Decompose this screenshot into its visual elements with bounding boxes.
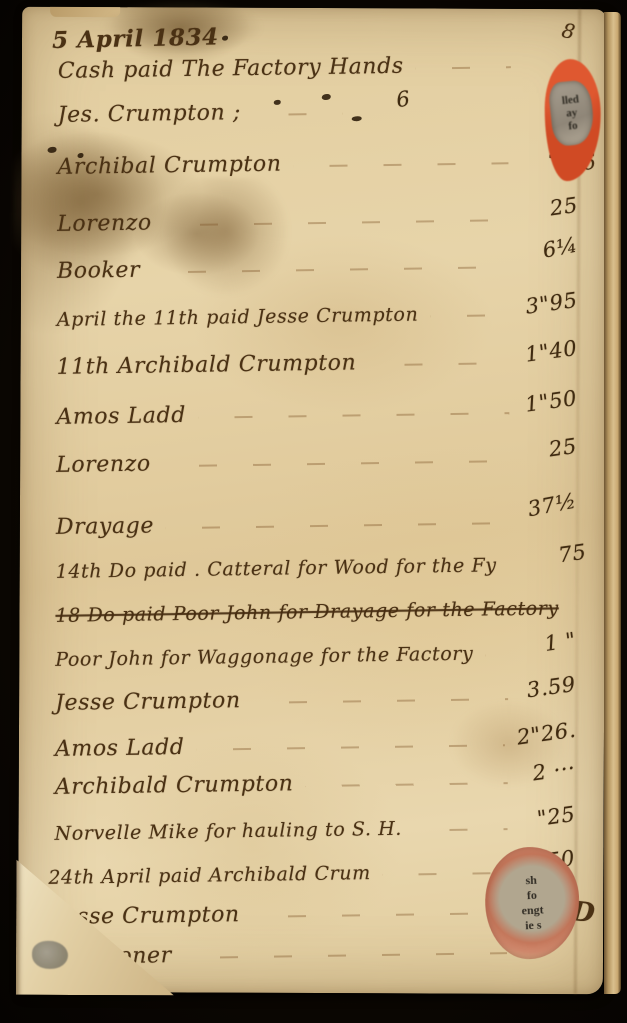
ledger-row: April the 11th paid Jesse Crumpton 3"95	[57, 299, 578, 331]
ledger-row: Booker 6¼	[57, 251, 578, 284]
entry-label: Drayage	[56, 513, 154, 539]
dash-leader	[184, 943, 507, 962]
ledger-row: Lorenzo 25	[57, 204, 578, 237]
ledger-row: Amos Ladd 2"26.	[55, 729, 576, 762]
fragment-line: fo	[527, 888, 538, 903]
ledger-row: Archibald Crumpton 2 ···	[55, 767, 576, 800]
entry-amount: 2 ···	[518, 756, 577, 787]
scanned-photo: { "heading": { "date": "5 April 1834", "…	[0, 0, 627, 1023]
dash-leader	[196, 735, 504, 754]
entry-label: Archibal Crumpton	[57, 152, 281, 180]
entry-label: Archibald Crumpton	[55, 771, 294, 800]
ledger-row: Amos Ladd 1"50	[56, 397, 577, 430]
ledger-row: Jes. Crumpton ; 6	[57, 95, 578, 128]
fragment-line: ay	[566, 106, 578, 120]
dash-leader	[383, 863, 508, 879]
entry-label: Jes. Crumpton ;	[57, 100, 241, 128]
entry-label: Norvelle Mike for hauling to S. H.	[54, 818, 402, 845]
entry-label: Lorenzo	[57, 210, 152, 236]
dash-leader	[163, 451, 510, 470]
dash-leader	[252, 903, 508, 921]
ledger-row: Cash paid The Factory Hands	[58, 51, 579, 84]
fragment-line: sh	[525, 873, 537, 889]
entry-label: 18 Do paid Poor John for Drayage for the…	[55, 597, 559, 626]
entry-label: Lorenzo	[56, 451, 151, 477]
ink-speck	[222, 36, 228, 41]
next-page-edge	[604, 12, 621, 994]
ledger-row: Drayage 37½	[56, 507, 577, 540]
fragment-line: fo	[568, 119, 578, 133]
entry-label: 14th Do paid . Catteral for Wood for the…	[56, 554, 497, 583]
printed-fragment-top: lled ay fo	[548, 79, 596, 147]
ledger-row: Jesse Crumpton 3.59	[55, 683, 576, 716]
ledger-row: 11th Archibald Crumpton 1"40	[56, 347, 577, 380]
entry-amount: 3.59	[519, 672, 578, 703]
ledger-row: Lorenzo 25	[56, 445, 577, 478]
entry-amount: 3"95	[520, 288, 579, 319]
entry-amount: 25	[521, 193, 580, 224]
ledger-row: Archibal Crumpton 36	[57, 147, 578, 180]
ink-speck	[48, 147, 57, 153]
entry-amount: 6¼	[520, 233, 580, 267]
binding-edge	[50, 7, 120, 17]
dash-leader	[164, 210, 511, 229]
dash-leader	[508, 557, 518, 571]
entry-amount: 37½	[519, 489, 579, 523]
entry-label: Poor John for Waggonage for the Factory	[55, 643, 473, 671]
entry-label: Amos Ladd	[55, 735, 185, 762]
dash-leader	[414, 819, 508, 834]
dash-leader	[166, 513, 509, 532]
entry-label: 11th Archibald Crumpton	[56, 350, 356, 379]
dash-leader	[305, 773, 507, 790]
dash-leader	[152, 257, 510, 276]
stain	[13, 127, 164, 278]
entry-label: Jesse Crumpton	[55, 688, 241, 716]
entry-label: April the 11th paid Jesse Crumpton	[57, 304, 419, 331]
ledger-row: 14th Do paid . Catteral for Wood for the…	[56, 551, 577, 583]
ledger-row: Norvelle Mike for hauling to S. H. "25	[54, 813, 575, 845]
ledger-row: 18 Do paid Poor John for Drayage for the…	[55, 597, 576, 627]
dash-leader	[253, 689, 509, 707]
entry-amount: 25	[520, 434, 579, 465]
dash-leader	[198, 403, 510, 422]
dash-leader	[485, 645, 508, 659]
dash-leader	[416, 57, 511, 72]
fragment-line: engt	[521, 902, 544, 918]
ledger-row: Poor John for Waggonage for the Factory …	[55, 639, 576, 671]
entry-amount: 1"40	[520, 336, 579, 367]
entry-label: Booker	[57, 258, 140, 284]
entry-amount: 75	[529, 540, 588, 571]
torn-spot	[32, 941, 68, 969]
ledger-page: 5 April 1834 8 36 D Cash paid The Factor…	[18, 7, 607, 995]
entry-label: 24th April paid Archibald Crum	[48, 862, 371, 889]
date-heading: 5 April 1834	[52, 23, 219, 54]
entry-amount: 6	[353, 86, 412, 117]
dash-leader	[430, 305, 510, 320]
fragment-line: lled	[561, 93, 579, 108]
entry-label: Amos Ladd	[56, 403, 186, 430]
fragment-line: ie s	[525, 918, 542, 934]
dash-leader	[293, 153, 508, 170]
flourish-mark: 8	[559, 18, 577, 44]
entry-amount: 2"26.	[515, 718, 577, 750]
dash-leader	[571, 600, 581, 614]
dash-leader	[368, 353, 509, 369]
dash-leader	[253, 104, 343, 119]
entry-amount: "25	[518, 802, 577, 833]
entry-amount: 1 "	[519, 628, 578, 659]
entry-label: Cash paid The Factory Hands	[58, 54, 404, 84]
entry-amount: 1"50	[520, 386, 579, 417]
